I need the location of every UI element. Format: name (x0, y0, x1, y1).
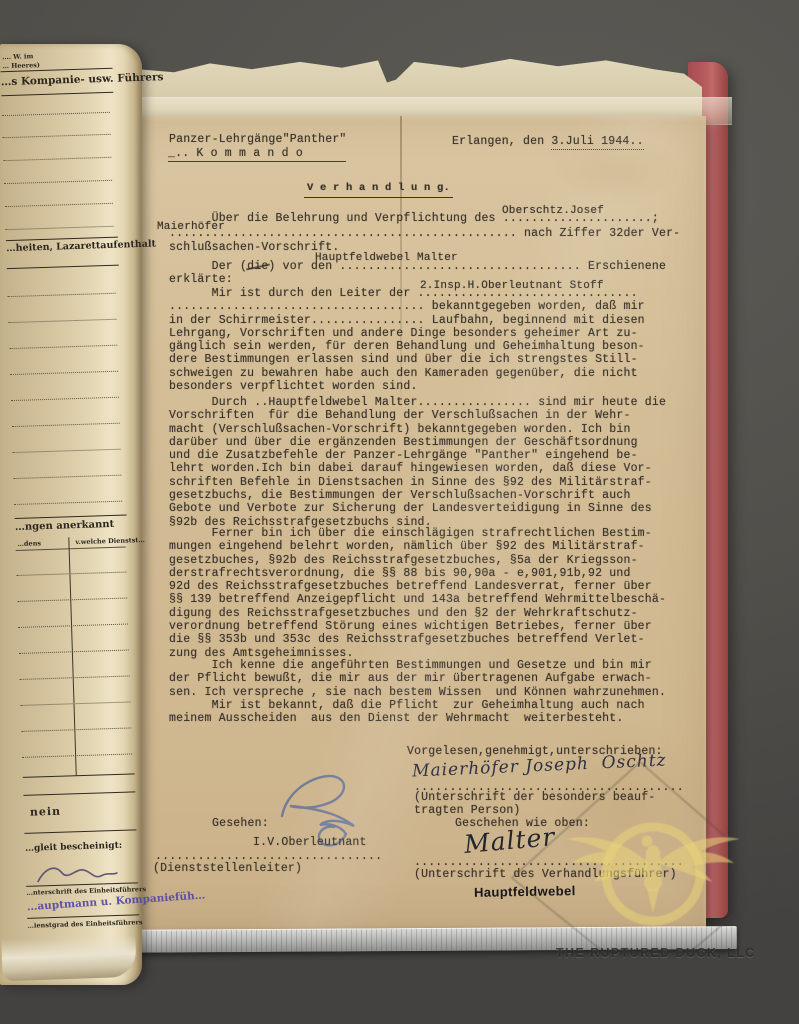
caption-dienststellenleiter: (Dienststellenleiter) (153, 862, 302, 875)
place-date-value: 3.Juli 1944.. (551, 135, 643, 150)
deputy-line: I.V.Oberleutnant (253, 836, 367, 849)
ledger-tiny-line-2: … Heeres) (2, 61, 40, 70)
paragraph-strafrecht: Ferner bin ich über die einschlägigen st… (169, 527, 666, 660)
ledger-book-page: …. W. im … Heeres) …s Kompanie- usw. Füh… (0, 44, 142, 985)
paragraph-geheimhaltung: Mir ist bekannt, daß die Pflicht zur Geh… (169, 699, 645, 726)
gesehen-label: Gesehen: (212, 817, 269, 830)
ledger-stamp-caption: …ienstgrad des Einheitsführers (27, 918, 142, 930)
ledger-table-title: …ngen anerkannt (15, 519, 115, 533)
fill-in-leiter: 2.Insp.H.Oberleutnant Stoff (420, 280, 604, 293)
document-title: V e r h a n d l u n g. (304, 182, 453, 198)
rank-stamp: Hauptfeldwebel (474, 883, 576, 900)
paragraph-belehrung: Mir ist durch den Leiter der ...........… (169, 287, 645, 393)
letterhead-kommando: _.. K o m m a n d o (168, 147, 303, 162)
place-dateline: Erlangen, den 3.Juli 1944.. (452, 135, 644, 148)
kommando-rule-extension (303, 147, 346, 162)
ledger-tiny-line-1: …. W. im (2, 52, 33, 61)
ledger-table-col2: v.welche Dienstst… (75, 536, 145, 546)
ledger-table-col1: …dens (17, 539, 41, 548)
caption-official: (Unterschrift des Verhandlungsführer) (414, 868, 677, 881)
place-date-prefix: Erlangen, den (452, 135, 551, 148)
ledger-nein: nein (30, 805, 62, 819)
ledger-section-header: …heiten, Lazarettaufenthalt (6, 238, 156, 254)
book-bottom-edge (1, 935, 136, 982)
paragraph-kenntnis: Ich kenne die angeführten Bestimmungen u… (169, 659, 666, 699)
ledger-header: …s Kompanie- usw. Führers (1, 71, 164, 88)
fill-in-official: Hauptfeldwebel Malter (315, 252, 458, 265)
paragraph-verschluss: Durch ..Hauptfeldwebel Malter...........… (169, 396, 666, 529)
fill-in-surname: Maierhöfer (157, 221, 225, 234)
caption-person: (Unterschrift der besonders beauf- tragt… (414, 791, 655, 818)
paragraph-intro: Über die Belehrung und Verpflichtung des… (169, 212, 680, 256)
fill-in-rank-name: Oberschtz.Josef (502, 205, 604, 218)
watermark-text: THE RUPTURED DUCK, LLC (556, 946, 756, 960)
letterhead-unit: Panzer-Lehrgänge"Panther" (169, 133, 347, 146)
document-page: Panzer-Lehrgänge"Panther" _.. K o m m a … (112, 116, 706, 930)
ledger-content: …. W. im … Heeres) …s Kompanie- usw. Füh… (0, 40, 171, 985)
ledger-bescheinigt: …gleit bescheinigt: (25, 841, 122, 854)
photo-stage: Panzer-Lehrgänge"Panther" _.. K o m m a … (0, 0, 799, 1024)
